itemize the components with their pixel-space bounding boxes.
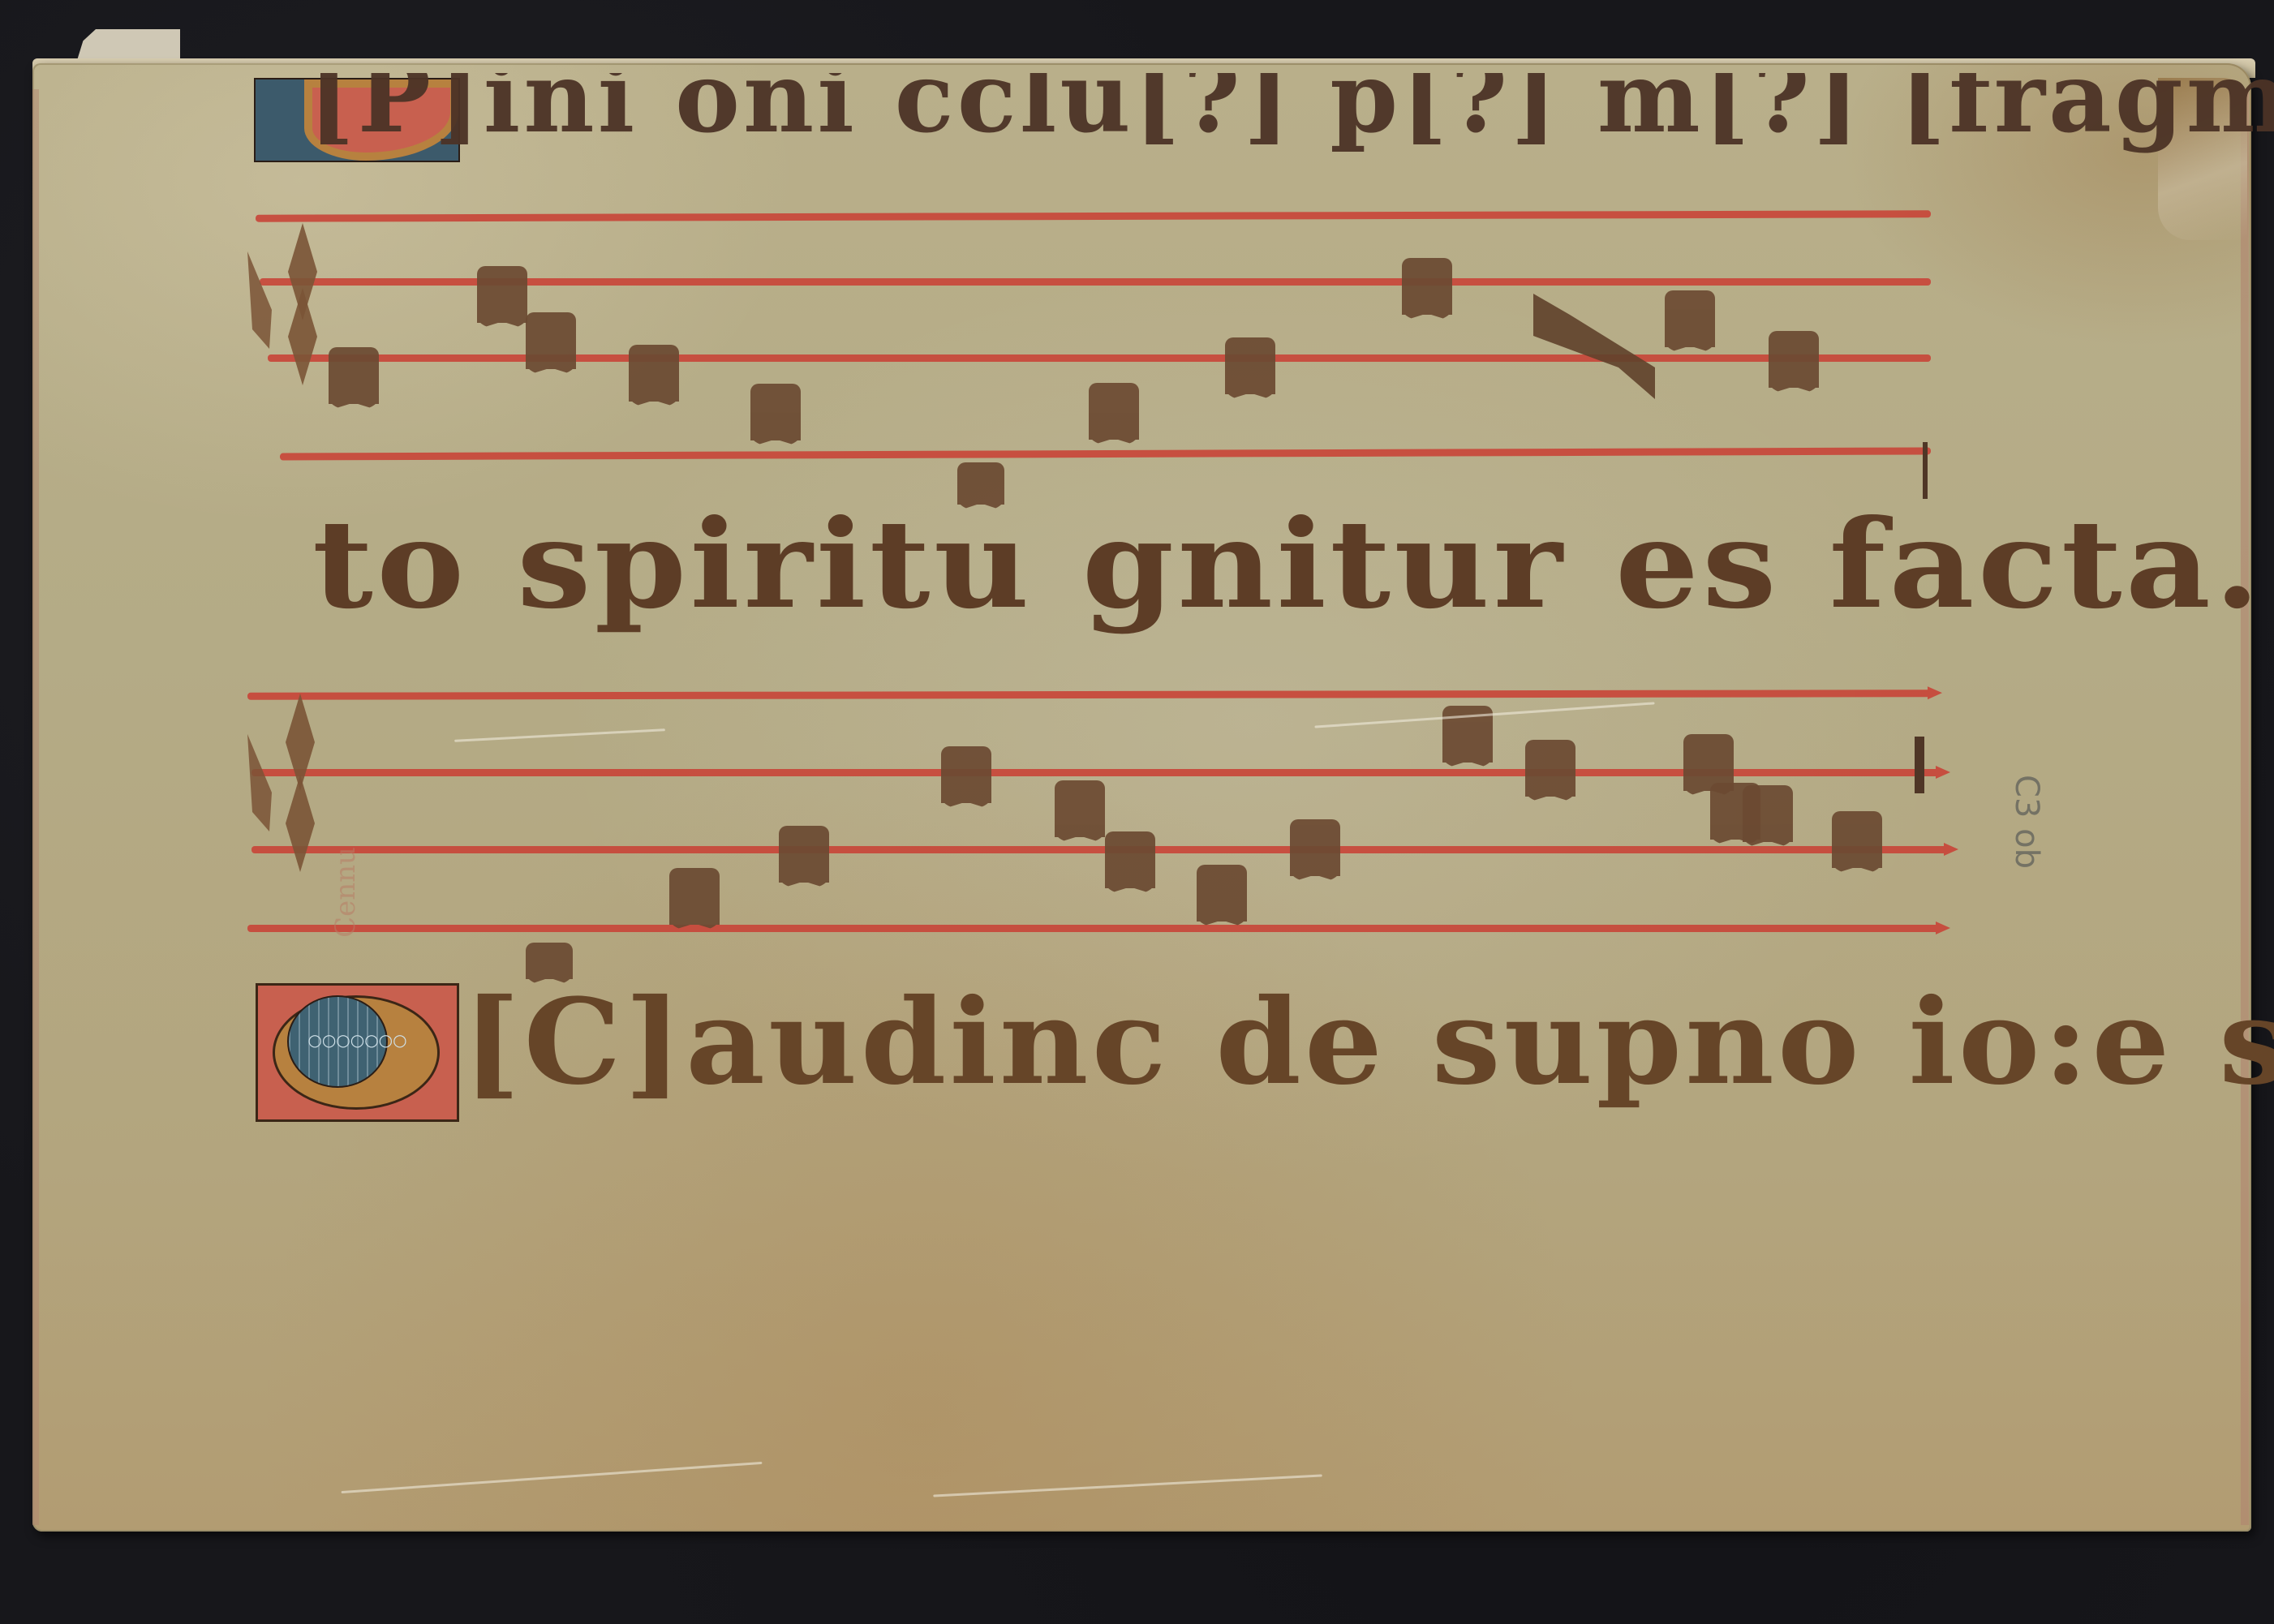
note-square (941, 746, 991, 803)
illuminated-initial-c: ○○○○○○○ (256, 983, 459, 1122)
note-square (1743, 785, 1793, 842)
text-line-3: [C]audinc de supno io:e salu (462, 973, 2274, 1111)
note-square (1290, 819, 1340, 876)
note-square (526, 312, 576, 369)
note-square (1525, 740, 1575, 797)
note-square (329, 347, 379, 404)
note-square (1402, 258, 1452, 315)
note-square (1105, 831, 1155, 888)
staff-2-line-3 (251, 846, 1947, 853)
pencil-shelfmark: C3 ob (2008, 775, 2045, 869)
margin-annotation-left: Cennu (329, 847, 362, 938)
staff-2-line-4 (247, 925, 1939, 932)
note-square (629, 345, 679, 402)
left-edge-red-trim (32, 89, 39, 1525)
note-square (669, 868, 720, 925)
note-square (1055, 780, 1105, 837)
staff-1-line-3 (268, 354, 1931, 362)
staff-2-end-bar (1915, 737, 1924, 793)
staff-1-end-bar (1923, 442, 1928, 499)
note-square (1197, 865, 1247, 922)
note-square (1225, 337, 1275, 394)
note-square (477, 266, 527, 323)
note-square (750, 384, 801, 440)
note-square (1089, 383, 1139, 440)
text-line-2: to spiritu gnitur es facta. (312, 493, 2263, 636)
note-square (1832, 811, 1882, 868)
note-square (1769, 331, 1819, 388)
note-square (779, 826, 829, 883)
initial-c-dot-pattern: ○○○○○○○ (258, 1030, 457, 1050)
note-square (1665, 290, 1715, 347)
right-edge-red-trim (2241, 89, 2249, 1525)
